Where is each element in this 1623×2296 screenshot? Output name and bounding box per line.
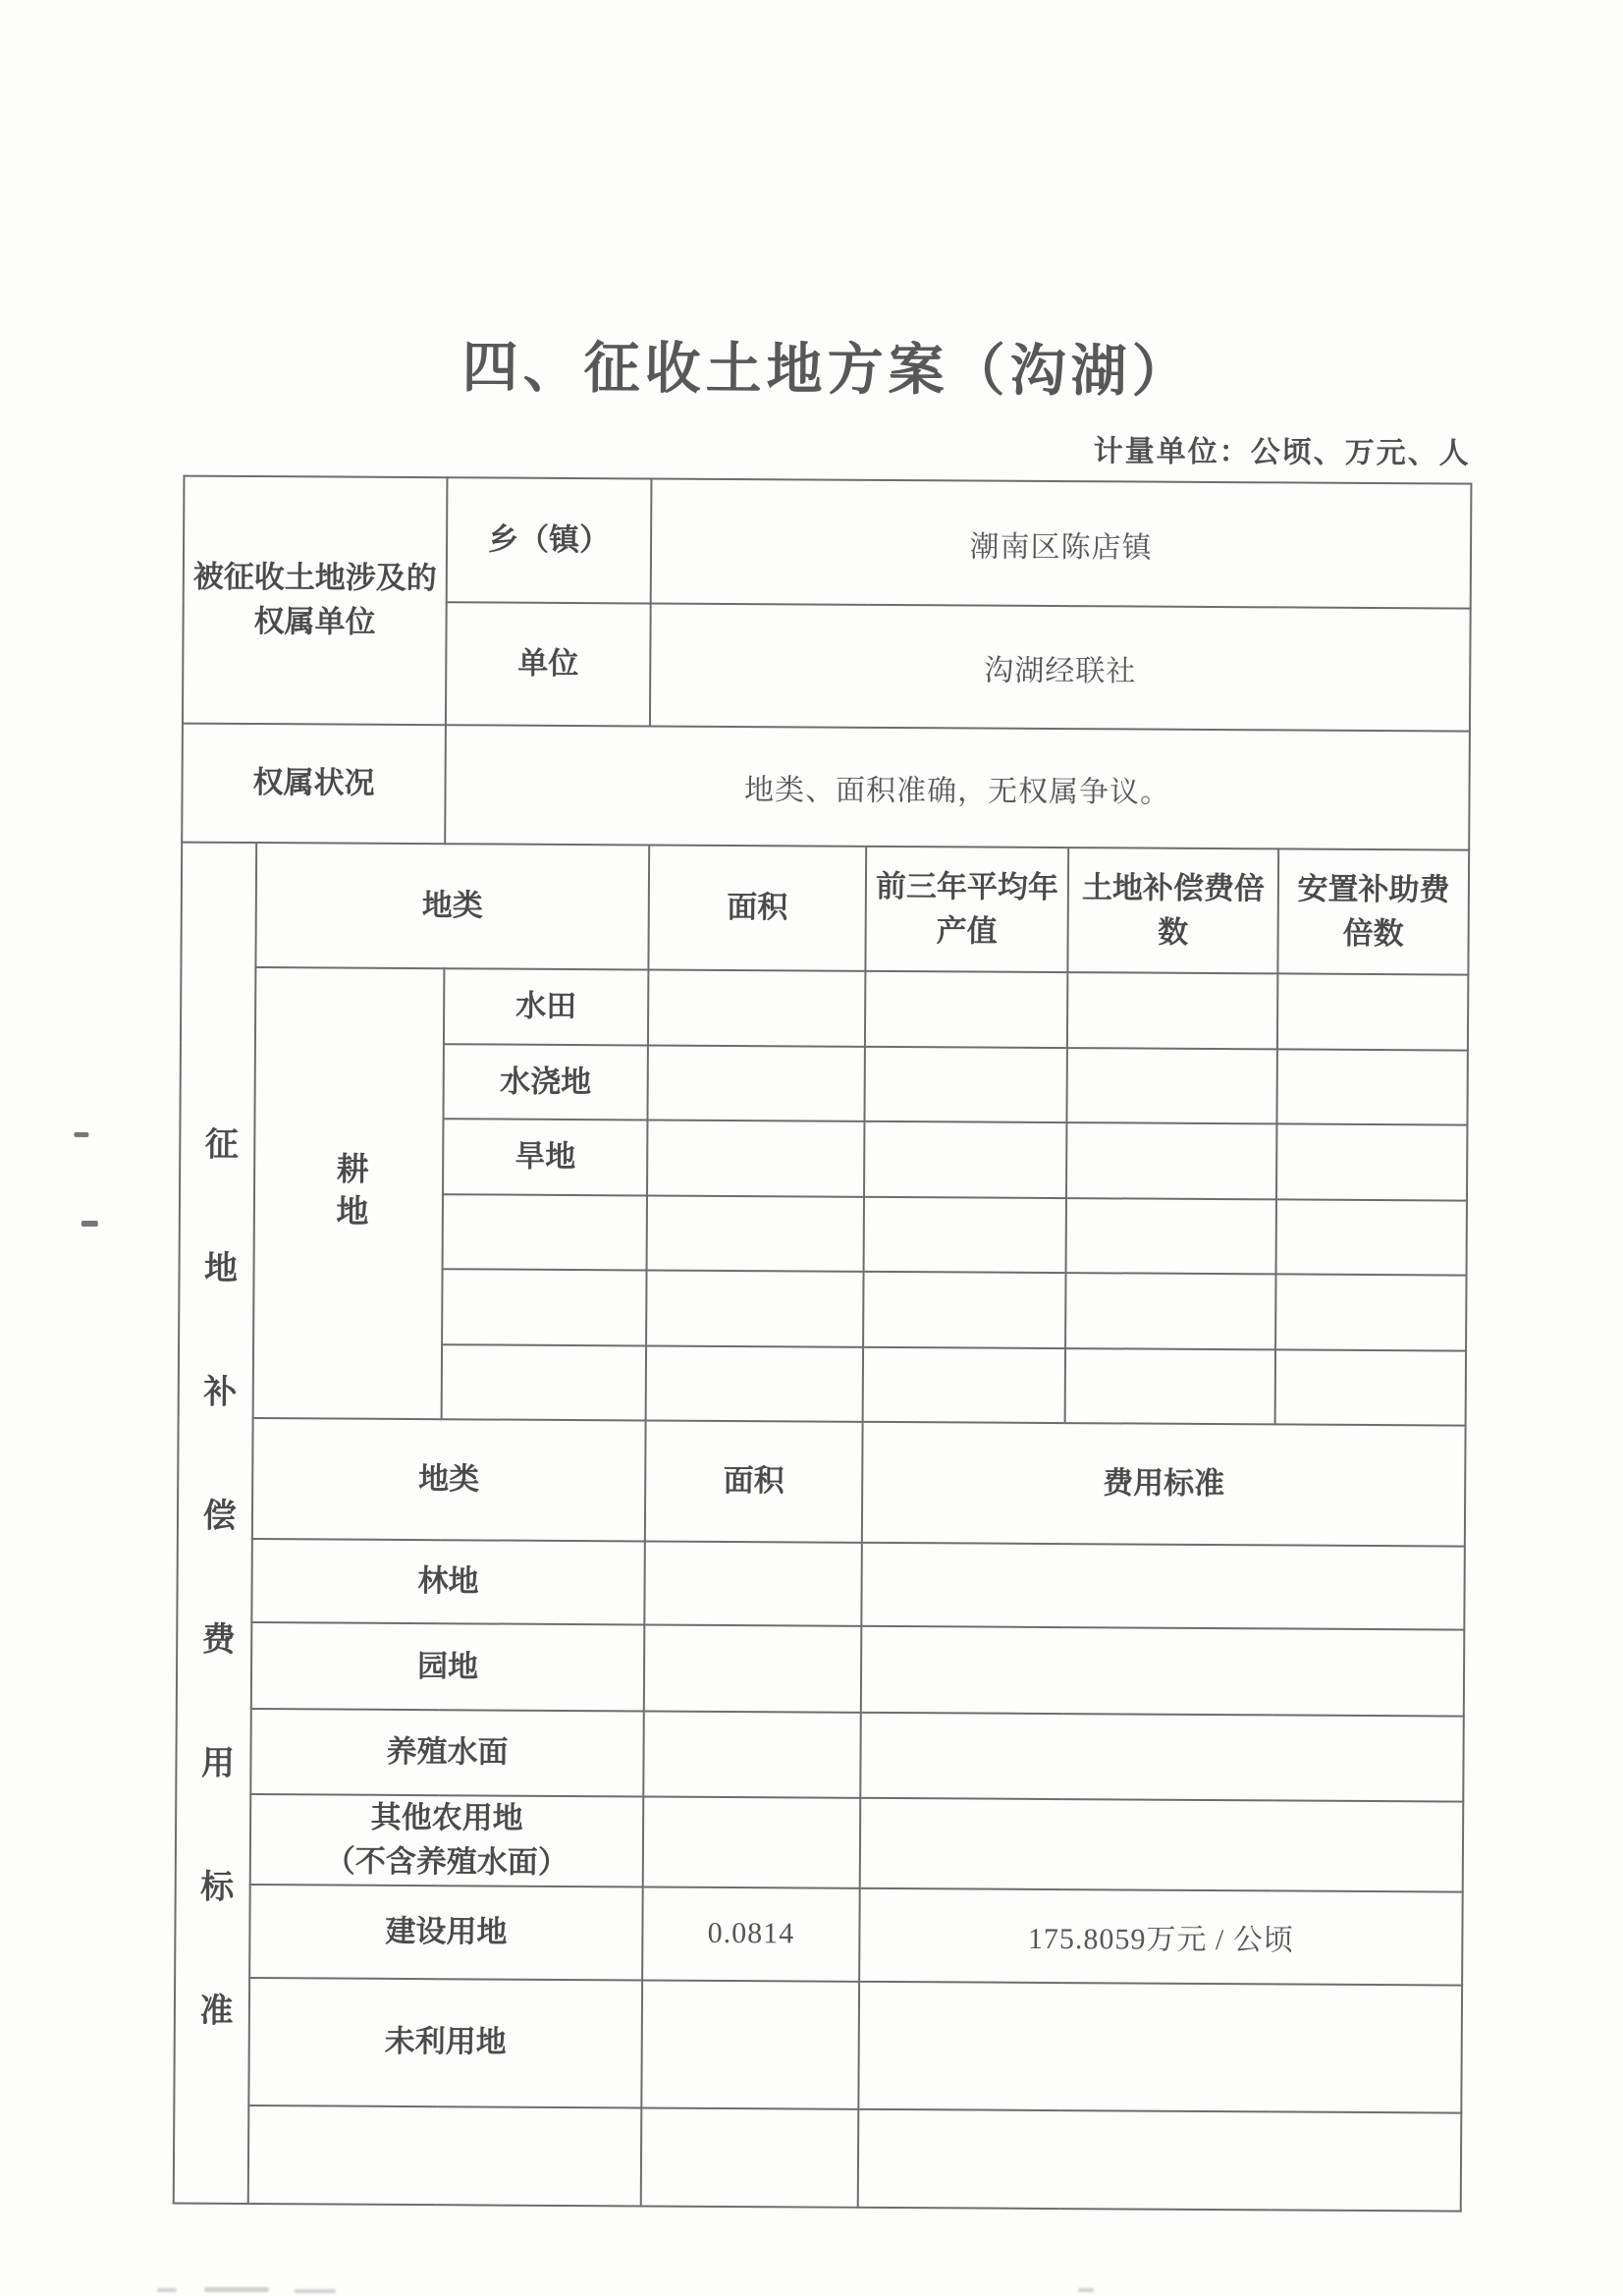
page-bottom-smudge: [157, 2288, 177, 2292]
fee-standard-cell: [858, 2109, 1462, 2212]
upper-header-land-comp-multiple: 土地补偿费倍数: [1067, 847, 1278, 973]
resettle-multiple-cell: [1275, 1349, 1466, 1425]
fee-standard-cell: 175.8059万元 / 公顷: [859, 1888, 1463, 1986]
annual-output-cell: [864, 1197, 1066, 1273]
resettle-multiple-cell: [1275, 1274, 1466, 1350]
table-row: 园地: [177, 1622, 1465, 1717]
area-cell: [647, 1120, 864, 1196]
land-acquisition-table: 被征收土地涉及的权属单位 乡（镇） 潮南区陈店镇 单位 沟湖经联社 权属状况 地…: [173, 475, 1473, 2213]
table-row: 建设用地 0.0814 175.8059万元 / 公顷: [175, 1884, 1463, 1985]
measure-unit-note: 计量单位：公顷、万元、人: [184, 421, 1473, 472]
fee-standard-cell: [861, 1543, 1465, 1630]
table-row: 被征收土地涉及的权属单位 乡（镇） 潮南区陈店镇: [184, 476, 1472, 609]
area-cell: [641, 1980, 859, 2108]
area-cell: [644, 1541, 862, 1625]
scan-stray-mark: [74, 1132, 88, 1137]
resettle-multiple-cell: [1276, 1123, 1467, 1200]
area-cell: [647, 1195, 864, 1271]
page-bottom-smudge: [204, 2287, 269, 2292]
landtype-aquaculture-water: 养殖水面: [250, 1709, 644, 1796]
land-comp-multiple-cell: [1065, 1273, 1275, 1349]
area-cell: [643, 1796, 861, 1887]
area-cell: [646, 1270, 863, 1346]
landtype-garden-land: 园地: [251, 1622, 645, 1711]
table-row: 未利用地: [174, 1977, 1462, 2112]
tenure-status-value: 地类、面积准确，无权属争议。: [445, 725, 1470, 849]
resettle-multiple-cell: [1276, 1199, 1467, 1275]
landtype-unused-land: 未利用地: [248, 1978, 642, 2107]
upper-header-resettle-multiple: 安置补助费倍数: [1277, 848, 1469, 974]
table-row: 其他农用地 （不含养殖水面）: [176, 1794, 1464, 1892]
annual-output-cell: [864, 1047, 1066, 1122]
area-cell: [643, 1711, 861, 1797]
table-row: 养殖水面: [176, 1709, 1464, 1802]
cultivated-land-group-cell: 耕地: [253, 967, 445, 1419]
ownership-units-label: 被征收土地涉及的权属单位: [183, 476, 448, 726]
fee-standard-cell: [858, 1982, 1462, 2113]
land-comp-multiple-cell: [1066, 1122, 1276, 1199]
table-row: 征地补偿费用标准 地类 面积 前三年平均年产值 土地补偿费倍数 安置补助费倍数: [181, 843, 1469, 975]
scan-content: 四、征收土地方案（沟湖） 计量单位：公顷、万元、人 被征收土地涉及的权属单位 乡…: [0, 0, 1623, 2296]
page-bottom-smudge: [1078, 2288, 1094, 2292]
table-row: [174, 2105, 1462, 2211]
landtype-empty: [442, 1269, 646, 1345]
area-cell: [641, 2107, 859, 2207]
compensation-standard-vertical-label: 征地补偿费用标准: [194, 1126, 234, 2116]
landtype-empty: [442, 1344, 646, 1420]
area-cell: 0.0814: [642, 1886, 860, 1981]
landtype-construction-land: 建设用地: [249, 1885, 643, 1980]
resettle-multiple-cell: [1276, 1049, 1467, 1124]
tenure-status-label: 权属状况: [182, 724, 446, 845]
landtype-dry-land: 旱地: [443, 1119, 647, 1195]
page-title: 四、征收土地方案（沟湖）: [184, 321, 1471, 410]
landtype-forest-land: 林地: [251, 1539, 645, 1624]
township-field-label: 乡（镇）: [447, 477, 652, 603]
scan-stray-mark: [81, 1221, 98, 1227]
upper-header-landtype: 地类: [255, 843, 649, 969]
landtype-paddy-field: 水田: [444, 968, 648, 1045]
cultivated-land-group-label: 耕地: [332, 1151, 365, 1235]
land-comp-multiple-cell: [1065, 1348, 1275, 1424]
area-cell: [644, 1624, 862, 1712]
lower-header-landtype: 地类: [252, 1418, 646, 1541]
annual-output-cell: [863, 1347, 1065, 1423]
compensation-standard-side-cell: 征地补偿费用标准: [174, 843, 256, 2204]
table-row: 权属状况 地类、面积准确，无权属争议。: [182, 724, 1470, 850]
page-bottom-smudge: [295, 2289, 336, 2293]
unit-field-label: 单位: [446, 602, 651, 726]
annual-output-cell: [864, 1121, 1066, 1198]
area-cell: [647, 1045, 864, 1121]
township-value: 潮南区陈店镇: [651, 478, 1472, 608]
land-comp-multiple-cell: [1066, 1198, 1276, 1274]
landtype-other-agricultural: 其他农用地 （不含养殖水面）: [250, 1794, 644, 1886]
landtype-empty: [248, 2105, 642, 2206]
unit-value: 沟湖经联社: [650, 603, 1471, 731]
upper-header-area: 面积: [648, 845, 866, 970]
lower-header-fee-standard: 费用标准: [862, 1422, 1466, 1547]
fee-standard-cell: [860, 1713, 1464, 1802]
area-cell: [648, 969, 865, 1046]
landtype-empty: [443, 1194, 647, 1270]
land-comp-multiple-cell: [1066, 1048, 1276, 1123]
area-cell: [646, 1345, 863, 1421]
fee-standard-cell: [861, 1626, 1465, 1717]
annual-output-cell: [865, 971, 1067, 1048]
landtype-irrigated-land: 水浇地: [443, 1044, 647, 1120]
table-row: 地类 面积 费用标准: [178, 1418, 1466, 1547]
scanned-document-page: 四、征收土地方案（沟湖） 计量单位：公顷、万元、人 被征收土地涉及的权属单位 乡…: [0, 0, 1623, 2296]
resettle-multiple-cell: [1277, 973, 1468, 1050]
table-row: 耕地 水田: [181, 967, 1468, 1051]
annual-output-cell: [863, 1272, 1065, 1348]
land-comp-multiple-cell: [1067, 972, 1277, 1049]
lower-header-area: 面积: [645, 1420, 863, 1542]
fee-standard-cell: [860, 1798, 1464, 1892]
upper-header-annual-output: 前三年平均年产值: [865, 847, 1068, 972]
table-row: 林地: [177, 1539, 1464, 1630]
